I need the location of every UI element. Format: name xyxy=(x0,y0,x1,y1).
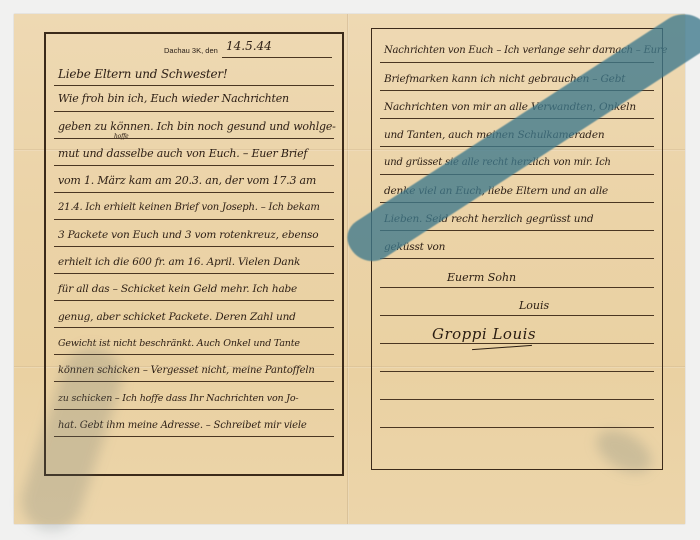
ruled-line xyxy=(54,327,334,328)
letterhead-place: Dachau 3K, den xyxy=(164,46,218,55)
letter-line: 21.4. Ich erhielt keinen Brief von Josep… xyxy=(58,202,320,213)
salutation: Liebe Eltern und Schwester! xyxy=(58,67,228,81)
ruled-line xyxy=(54,138,334,139)
ruled-line xyxy=(54,300,334,301)
ruled-line xyxy=(54,111,334,112)
letter-line: Wie froh bin ich, Euch wieder Nachrichte… xyxy=(58,92,289,105)
ruled-line xyxy=(380,258,654,259)
first-name: Louis xyxy=(519,299,549,312)
ruled-line xyxy=(54,273,334,274)
interlinear-note: hoffe xyxy=(114,133,128,140)
ruled-line xyxy=(380,371,654,372)
letter-line: mut und dasselbe auch von Euch. – Euer B… xyxy=(58,147,307,160)
ruled-line xyxy=(54,219,334,220)
letter-line: für all das – Schicket kein Geld mehr. I… xyxy=(58,283,297,295)
vertical-fold xyxy=(347,14,349,524)
ruled-line xyxy=(380,427,654,428)
ruled-line xyxy=(380,399,654,400)
letter-date: 14.5.44 xyxy=(226,39,272,53)
signature: Groppi Louis xyxy=(432,325,536,343)
ruled-line xyxy=(54,165,334,166)
ruled-line xyxy=(54,85,334,86)
letter-line: 3 Packete von Euch und 3 vom rotenkreuz,… xyxy=(58,229,318,241)
ruled-line xyxy=(380,174,654,175)
signature-flourish xyxy=(472,345,532,350)
ruled-line xyxy=(380,343,654,344)
ruled-line xyxy=(54,192,334,193)
date-underline xyxy=(222,57,332,58)
ruled-line xyxy=(380,287,654,288)
letter-line: erhielt ich die 600 fr. am 16. April. Vi… xyxy=(58,256,300,268)
letter-line: vom 1. März kam am 20.3. an, der vom 17.… xyxy=(58,174,316,187)
ruled-line xyxy=(380,315,654,316)
closing: Euerm Sohn xyxy=(447,271,516,284)
ruled-line xyxy=(54,246,334,247)
letter-line: geben zu können. Ich bin noch gesund und… xyxy=(58,120,336,133)
letter-line: genug, aber schicket Packete. Deren Zahl… xyxy=(58,311,296,323)
